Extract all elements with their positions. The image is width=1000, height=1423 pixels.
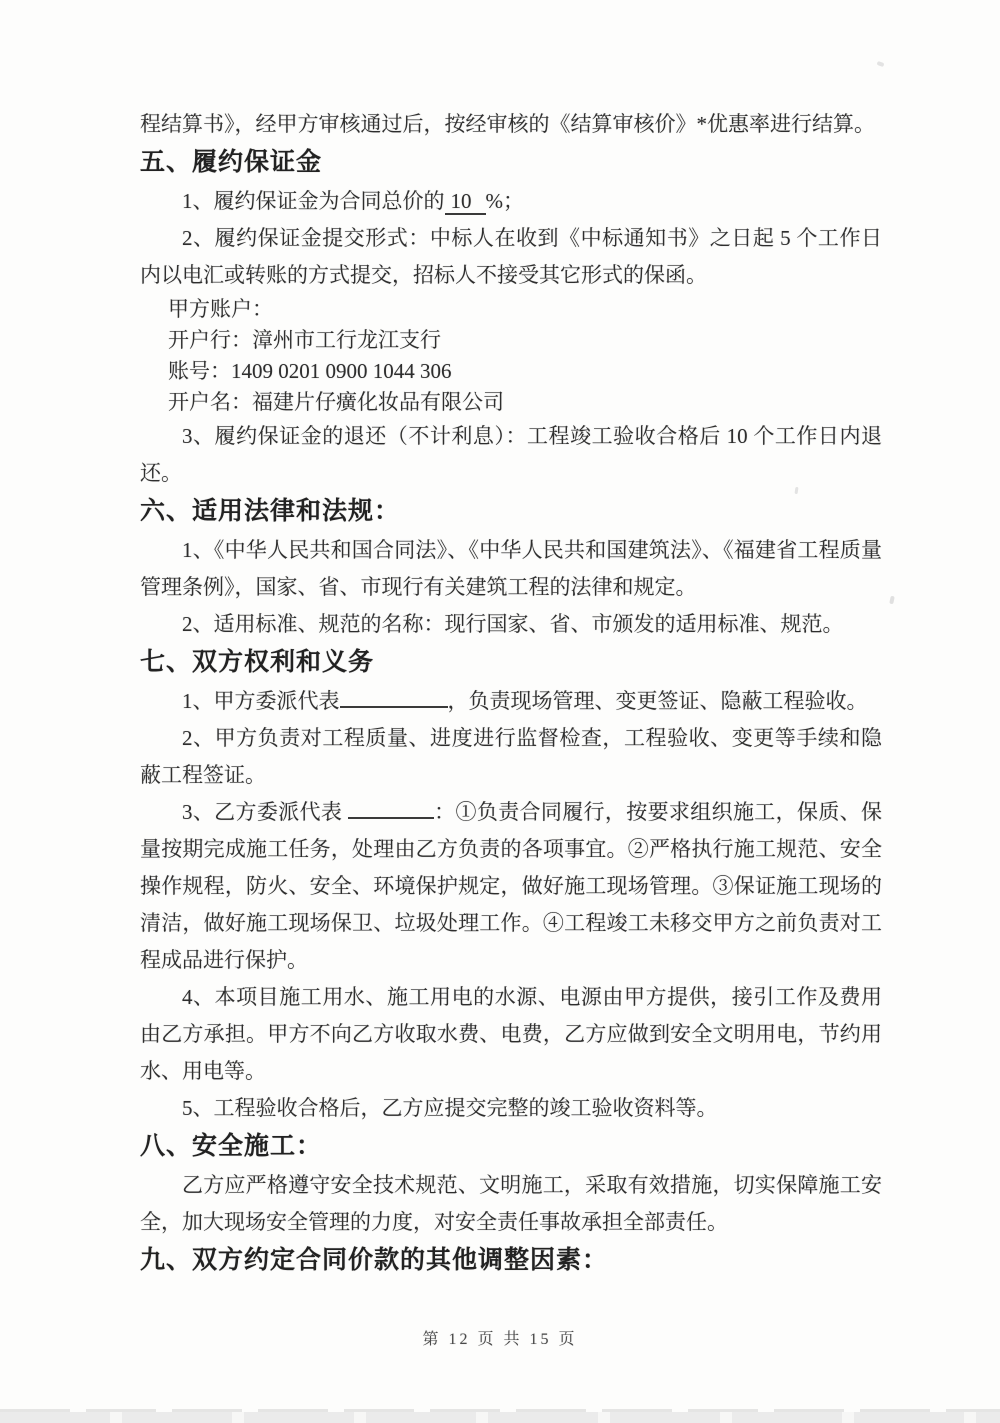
sec7-item3-text-pre: 3、乙方委派代表 — [182, 800, 348, 824]
section-8-heading: 八、安全施工： — [140, 1127, 882, 1167]
sec7-item-2: 2、甲方负责对工程质量、进度进行监督检查，工程验收、变更等手续和隐蔽工程签证。 — [140, 720, 882, 794]
section-6-heading: 六、适用法律和法规： — [140, 492, 882, 532]
section-5-heading: 五、履约保证金 — [140, 143, 882, 183]
sec5-item1-text-pre: 1、履约保证金为合同总价的 — [182, 189, 445, 213]
page-number-footer: 第 12 页 共 15 页 — [0, 1326, 1000, 1349]
sec5-item1-text-post: %； — [486, 189, 525, 213]
sec7-item-1: 1、甲方委派代表，负责现场管理、变更签证、隐蔽工程验收。 — [140, 683, 882, 720]
sec7-item3-text-post: ：①负责合同履行，按要求组织施工，保质、保量按期完成施工任务，处理由乙方负责的各… — [140, 800, 882, 972]
sec6-item-1: 1、《中华人民共和国合同法》、《中华人民共和国建筑法》、《福建省工程质量管理条例… — [140, 532, 882, 606]
sec5-item-2: 2、履约保证金提交形式：中标人在收到《中标通知书》之日起 5 个工作日内以电汇或… — [140, 220, 882, 294]
scan-artifact-bottom-strip — [0, 1412, 1000, 1423]
section-7-heading: 七、双方权利和义务 — [140, 643, 882, 683]
scan-speck — [877, 61, 885, 67]
sec5-item1-filled-blank: 10 — [445, 189, 486, 215]
section-9-heading: 九、双方约定合同价款的其他调整因素： — [140, 1241, 882, 1281]
sec5-item-1: 1、履约保证金为合同总价的10%； — [140, 183, 882, 220]
bank-branch-line: 开户行：漳州市工行龙江支行 — [140, 325, 882, 356]
sec5-item-3: 3、履约保证金的退还（不计利息）：工程竣工验收合格后 10 个工作日内退还。 — [140, 418, 882, 492]
blank-underline — [348, 798, 434, 819]
sec7-item-3: 3、乙方委派代表 ：①负责合同履行，按要求组织施工，保质、保量按期完成施工任务，… — [140, 794, 882, 979]
sec7-item-5: 5、工程验收合格后，乙方应提交完整的竣工验收资料等。 — [140, 1090, 882, 1127]
sec6-item-2: 2、适用标准、规范的名称：现行国家、省、市颁发的适用标准、规范。 — [140, 606, 882, 643]
contract-body: 程结算书》，经甲方审核通过后，按经审核的《结算审核价》*优惠率进行结算。 五、履… — [140, 106, 882, 1281]
blank-underline — [340, 687, 448, 708]
sec7-item1-text-post: ，负责现场管理、变更签证、隐蔽工程验收。 — [448, 689, 868, 713]
sec7-item-4: 4、本项目施工用水、施工用电的水源、电源由甲方提供，接引工作及费用由乙方承担。甲… — [140, 979, 882, 1090]
contract-page: 程结算书》，经甲方审核通过后，按经审核的《结算审核价》*优惠率进行结算。 五、履… — [0, 0, 1000, 1423]
party-a-account-label: 甲方账户： — [140, 294, 882, 325]
account-number-line: 账号：1409 0201 0900 1044 306 — [140, 356, 882, 387]
intro-continuation-line: 程结算书》，经甲方审核通过后，按经审核的《结算审核价》*优惠率进行结算。 — [140, 106, 882, 143]
sec8-body: 乙方应严格遵守安全技术规范、文明施工，采取有效措施，切实保障施工安全，加大现场安… — [140, 1167, 882, 1241]
scan-speck — [889, 596, 895, 605]
account-name-line: 开户名：福建片仔癀化妆品有限公司 — [140, 387, 882, 418]
sec7-item1-text-pre: 1、甲方委派代表 — [182, 689, 340, 713]
